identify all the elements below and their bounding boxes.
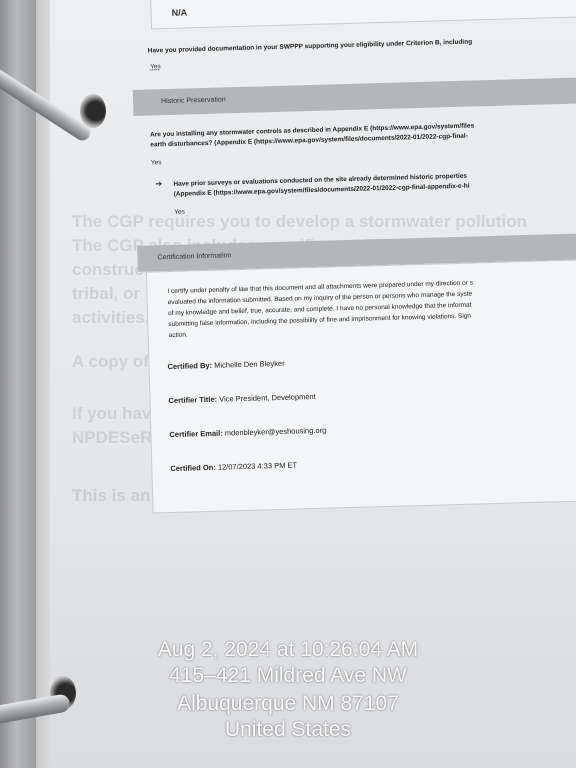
certifier-title-value: Vice President, Development (219, 392, 316, 404)
certifier-title-row: Certifier Title: Vice President, Develop… (168, 392, 316, 405)
certified-on-row: Certified On: 12/07/2023 4:33 PM ET (170, 461, 297, 474)
photo-datetime: Aug 2, 2024 at 10:26:04 AM (0, 638, 576, 662)
historic-q1-answer: Yes (151, 159, 162, 166)
historic-q2-answer: Yes (174, 209, 185, 216)
printed-form: N/A Have you provided documentation in y… (130, 0, 576, 520)
certifier-email-value: mdenbleyker@yeshousing.org (225, 426, 327, 438)
na-value: N/A (172, 7, 188, 17)
section-title: Historic Preservation (161, 96, 226, 105)
photo-city: Albuquerque NM 87107 (0, 692, 576, 716)
certified-by-row: Certified By: Michelle Den Bleyker (167, 359, 284, 371)
certified-by-label: Certified By: (167, 361, 212, 371)
section-title: Certification Information (157, 252, 231, 261)
show-through-text: activities. (72, 308, 150, 328)
certified-by-value: Michelle Den Bleyker (214, 359, 285, 370)
certifier-email-label: Certifier Email: (169, 429, 223, 439)
sub-question-arrow-icon: ➔ (155, 179, 162, 188)
certified-on-label: Certified On: (170, 463, 216, 473)
certification-box: I certify under penalty of law that this… (146, 258, 576, 514)
photo-country: United States (0, 718, 576, 742)
certifier-title-label: Certifier Title: (168, 395, 217, 405)
criterion-b-answer: Yes (150, 63, 161, 70)
certification-statement: I certify under penalty of law that this… (167, 273, 576, 341)
photo-address: 415–421 Mildred Ave NW (0, 664, 576, 688)
certifier-email-row: Certifier Email: mdenbleyker@yeshousing.… (169, 426, 326, 439)
historic-preservation-header: Historic Preservation (133, 76, 576, 116)
na-field-box: N/A (150, 0, 576, 29)
criterion-b-question: Have you provided documentation in your … (148, 38, 473, 54)
certified-on-value: 12/07/2023 4:33 PM ET (218, 461, 297, 472)
binder-hole-top (80, 94, 106, 128)
show-through-text: tribal, or (72, 284, 140, 304)
